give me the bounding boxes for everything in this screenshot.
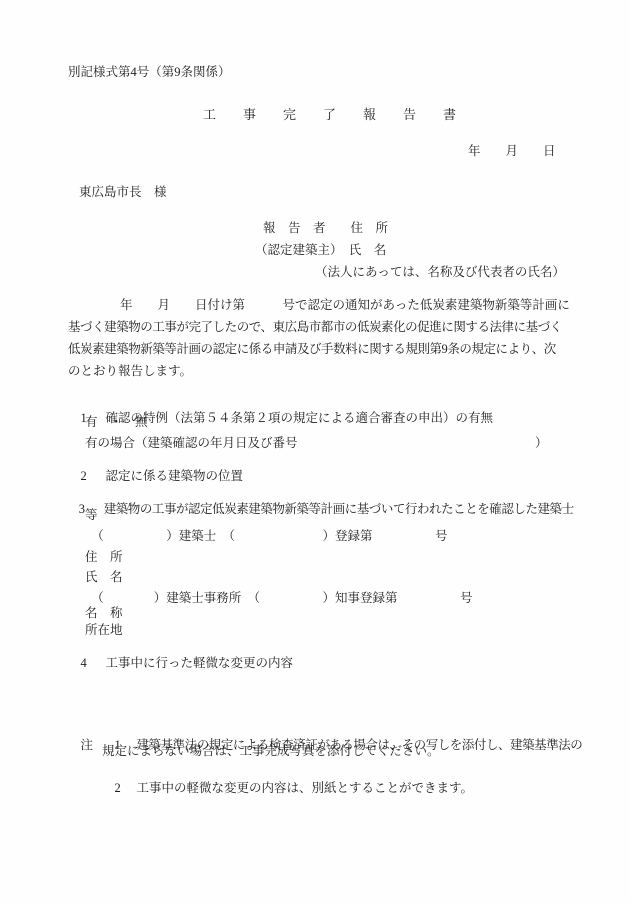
addressee: 東広島市長 様: [79, 185, 167, 200]
note-1-line2: 規定によらない場合は、工事完成写真を添付してください。: [102, 744, 440, 759]
item-4-number: 4: [81, 656, 106, 671]
item-3-text: 建築物の工事が認定低炭素建築物新築等計画に基づいて行われたことを確認した建築士: [104, 502, 574, 516]
office-location-label: 所在地: [85, 623, 123, 638]
item-1-text: 確認の特例（法第５４条第２項の規定による適合審査の申出）の有無: [106, 411, 494, 425]
architect-registration-line: （ ）建築士 （ ）登録第 号: [85, 529, 448, 544]
note-2-text: 工事中の軽微な変更の内容は、別紙とすることができます。: [137, 781, 474, 795]
item-2-text: 認定に係る建築物の位置: [106, 469, 244, 483]
note-2-line1: 2工事中の軽微な変更の内容は、別紙とすることができます。: [102, 766, 473, 811]
item-1-confirmation-field: 有の場合（建築確認の年月日及び番号 ）: [85, 436, 548, 451]
office-registration-line: （ ）建築士事務所 （ ）知事登録第 号: [85, 591, 473, 606]
office-name-label: 名 称: [85, 606, 123, 621]
reporter-name-line: （認定建築主） 氏 名: [255, 243, 386, 258]
item-3: 3建築物の工事が認定低炭素建築物新築等計画に基づいて行われたことを確認した建築士: [68, 487, 574, 532]
form-number: 別記様式第4号（第9条関係）: [68, 65, 231, 80]
reporter-address-line: 報 告 者 住 所: [263, 221, 388, 236]
body-paragraph-line3: 低炭素建築物新築等計画の認定に係る申請及び手数料に関する規則第9条の規定により、…: [68, 342, 556, 357]
document-title: 工事完了報告書: [203, 107, 483, 122]
body-paragraph-line4: のとおり報告します。: [68, 364, 192, 379]
body-paragraph-line1: 年 月 日付け第 号で認定の通知があった低炭素建築物新築等計画に: [120, 298, 570, 313]
item-4: 4工事中に行った軽微な変更の内容: [68, 641, 293, 686]
item-2-number: 2: [81, 469, 106, 484]
reporter-corporate-note: （法人にあっては、名称及び代表者の氏名）: [315, 265, 565, 280]
note-2-number: 2: [115, 781, 137, 796]
date-line: 年 月 日: [468, 144, 556, 159]
architect-address-label: 住 所: [85, 550, 123, 565]
document-page: 別記様式第4号（第9条関係） 工事完了報告書 年 月 日 東広島市長 様 報 告…: [0, 0, 630, 903]
architect-name-label: 氏 名: [85, 570, 123, 585]
item-4-text: 工事中に行った軽微な変更の内容: [106, 656, 294, 670]
item-1-yes-no: 有 ・ 無: [85, 415, 148, 430]
item-3-continuation: 等: [85, 508, 98, 523]
body-paragraph-line2: 基づく建築物の工事が完了したので、東広島市都市の低炭素化の促進に関する法律に基づ…: [68, 320, 562, 335]
